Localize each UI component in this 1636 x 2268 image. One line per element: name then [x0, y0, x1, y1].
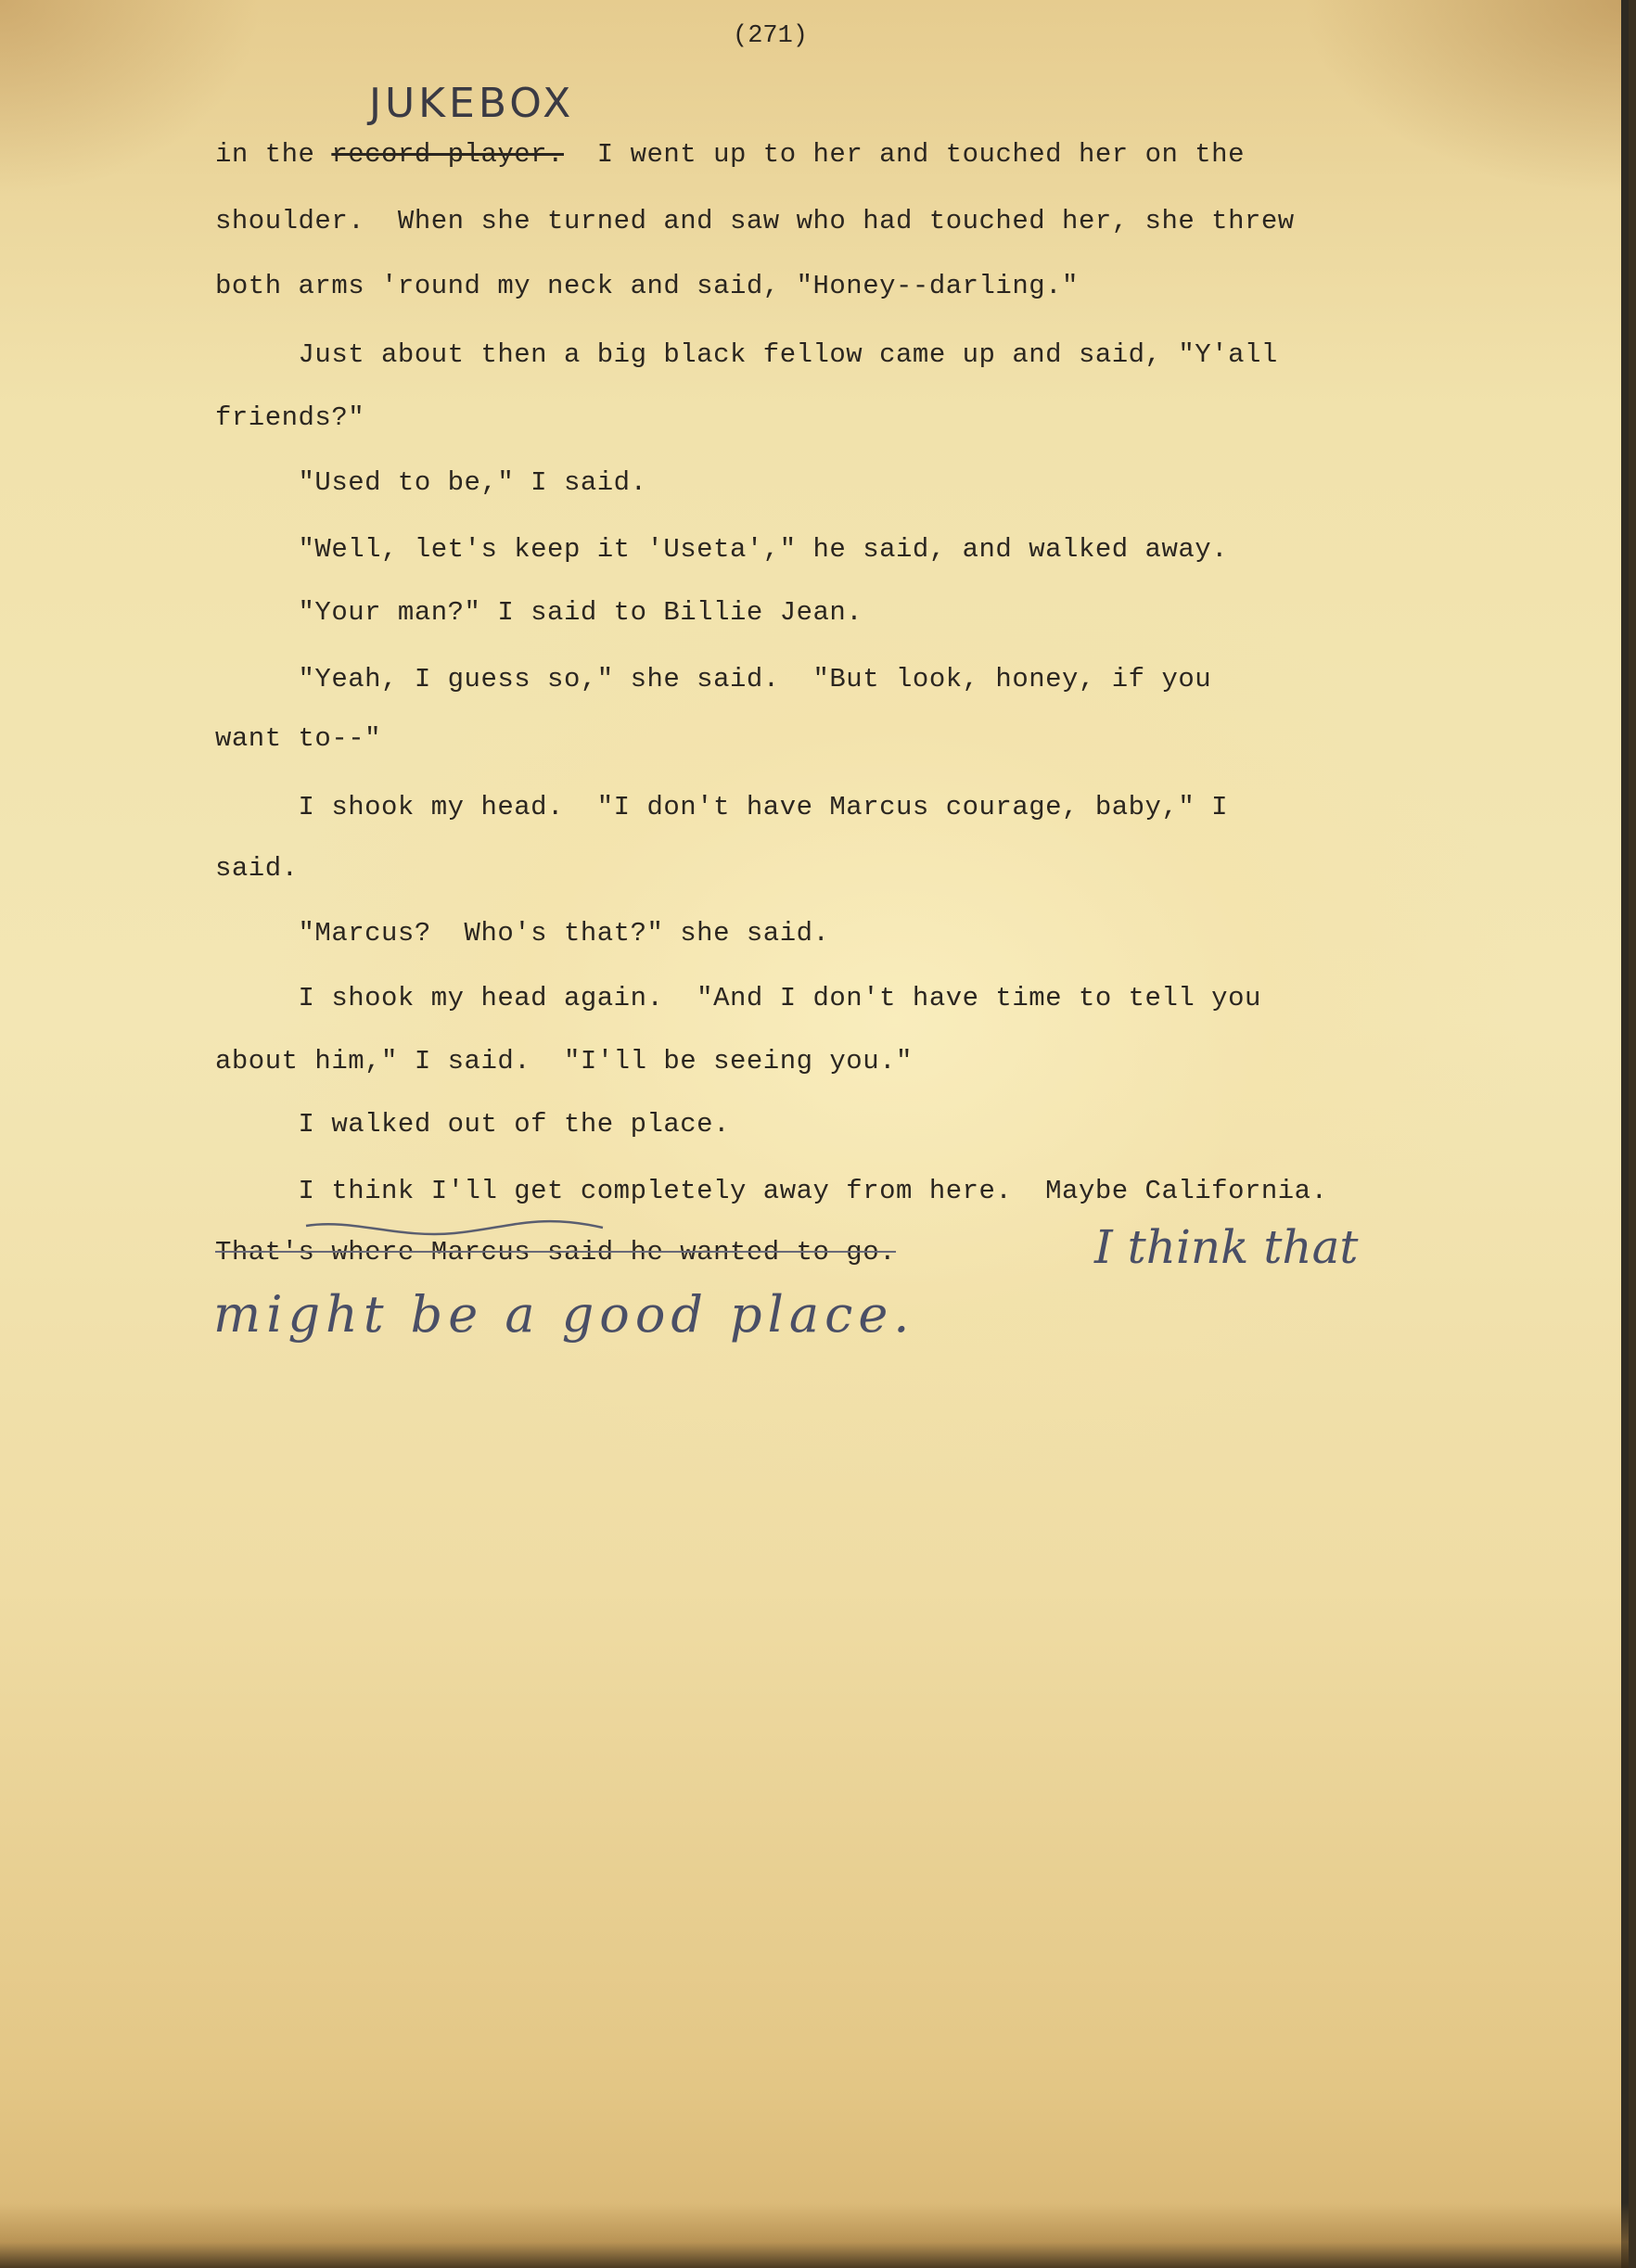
page-edge — [1621, 0, 1629, 2268]
typed-line-15: about him," I said. "I'll be seeing you.… — [215, 1046, 913, 1077]
typed-line-8: "Your man?" I said to Billie Jean. — [215, 597, 863, 628]
typed-line-9: "Yeah, I guess so," she said. "But look,… — [215, 664, 1211, 694]
typed-line-3: both arms 'round my neck and said, "Hone… — [215, 271, 1079, 301]
typed-line-13: "Marcus? Who's that?" she said. — [215, 918, 829, 949]
handwritten-note-line-2: might be a good place. — [213, 1285, 914, 1344]
typed-line-6: "Used to be," I said. — [215, 467, 646, 498]
typed-text: I went up to her and touched her on the — [564, 139, 1245, 170]
typed-line-7: "Well, let's keep it 'Useta'," he said, … — [215, 534, 1228, 565]
handwritten-insertion-jukebox: JUKEBOX — [369, 80, 574, 127]
typed-line-2: shoulder. When she turned and saw who ha… — [215, 206, 1295, 236]
typed-line-17: I think I'll get completely away from he… — [215, 1176, 1328, 1206]
typed-line-5: friends?" — [215, 402, 364, 433]
typed-line-4: Just about then a big black fellow came … — [215, 339, 1278, 370]
handwritten-note-line-1: I think that — [1094, 1220, 1359, 1274]
pencil-squiggle-mark — [297, 1209, 668, 1246]
page-number: (271) — [733, 22, 808, 50]
struck-text: record player. — [331, 139, 564, 170]
typed-text: in the — [215, 139, 331, 170]
folded-bottom-edge — [0, 2203, 1629, 2268]
typed-line-1: in the record player. I went up to her a… — [215, 139, 1245, 170]
typed-line-10: want to--" — [215, 723, 381, 754]
typed-line-11: I shook my head. "I don't have Marcus co… — [215, 792, 1228, 822]
typed-line-16: I walked out of the place. — [215, 1109, 730, 1140]
typed-line-14: I shook my head again. "And I don't have… — [215, 983, 1261, 1013]
typed-line-12: said. — [215, 853, 299, 884]
manuscript-page: (271) JUKEBOX in the record player. I we… — [0, 0, 1629, 2268]
